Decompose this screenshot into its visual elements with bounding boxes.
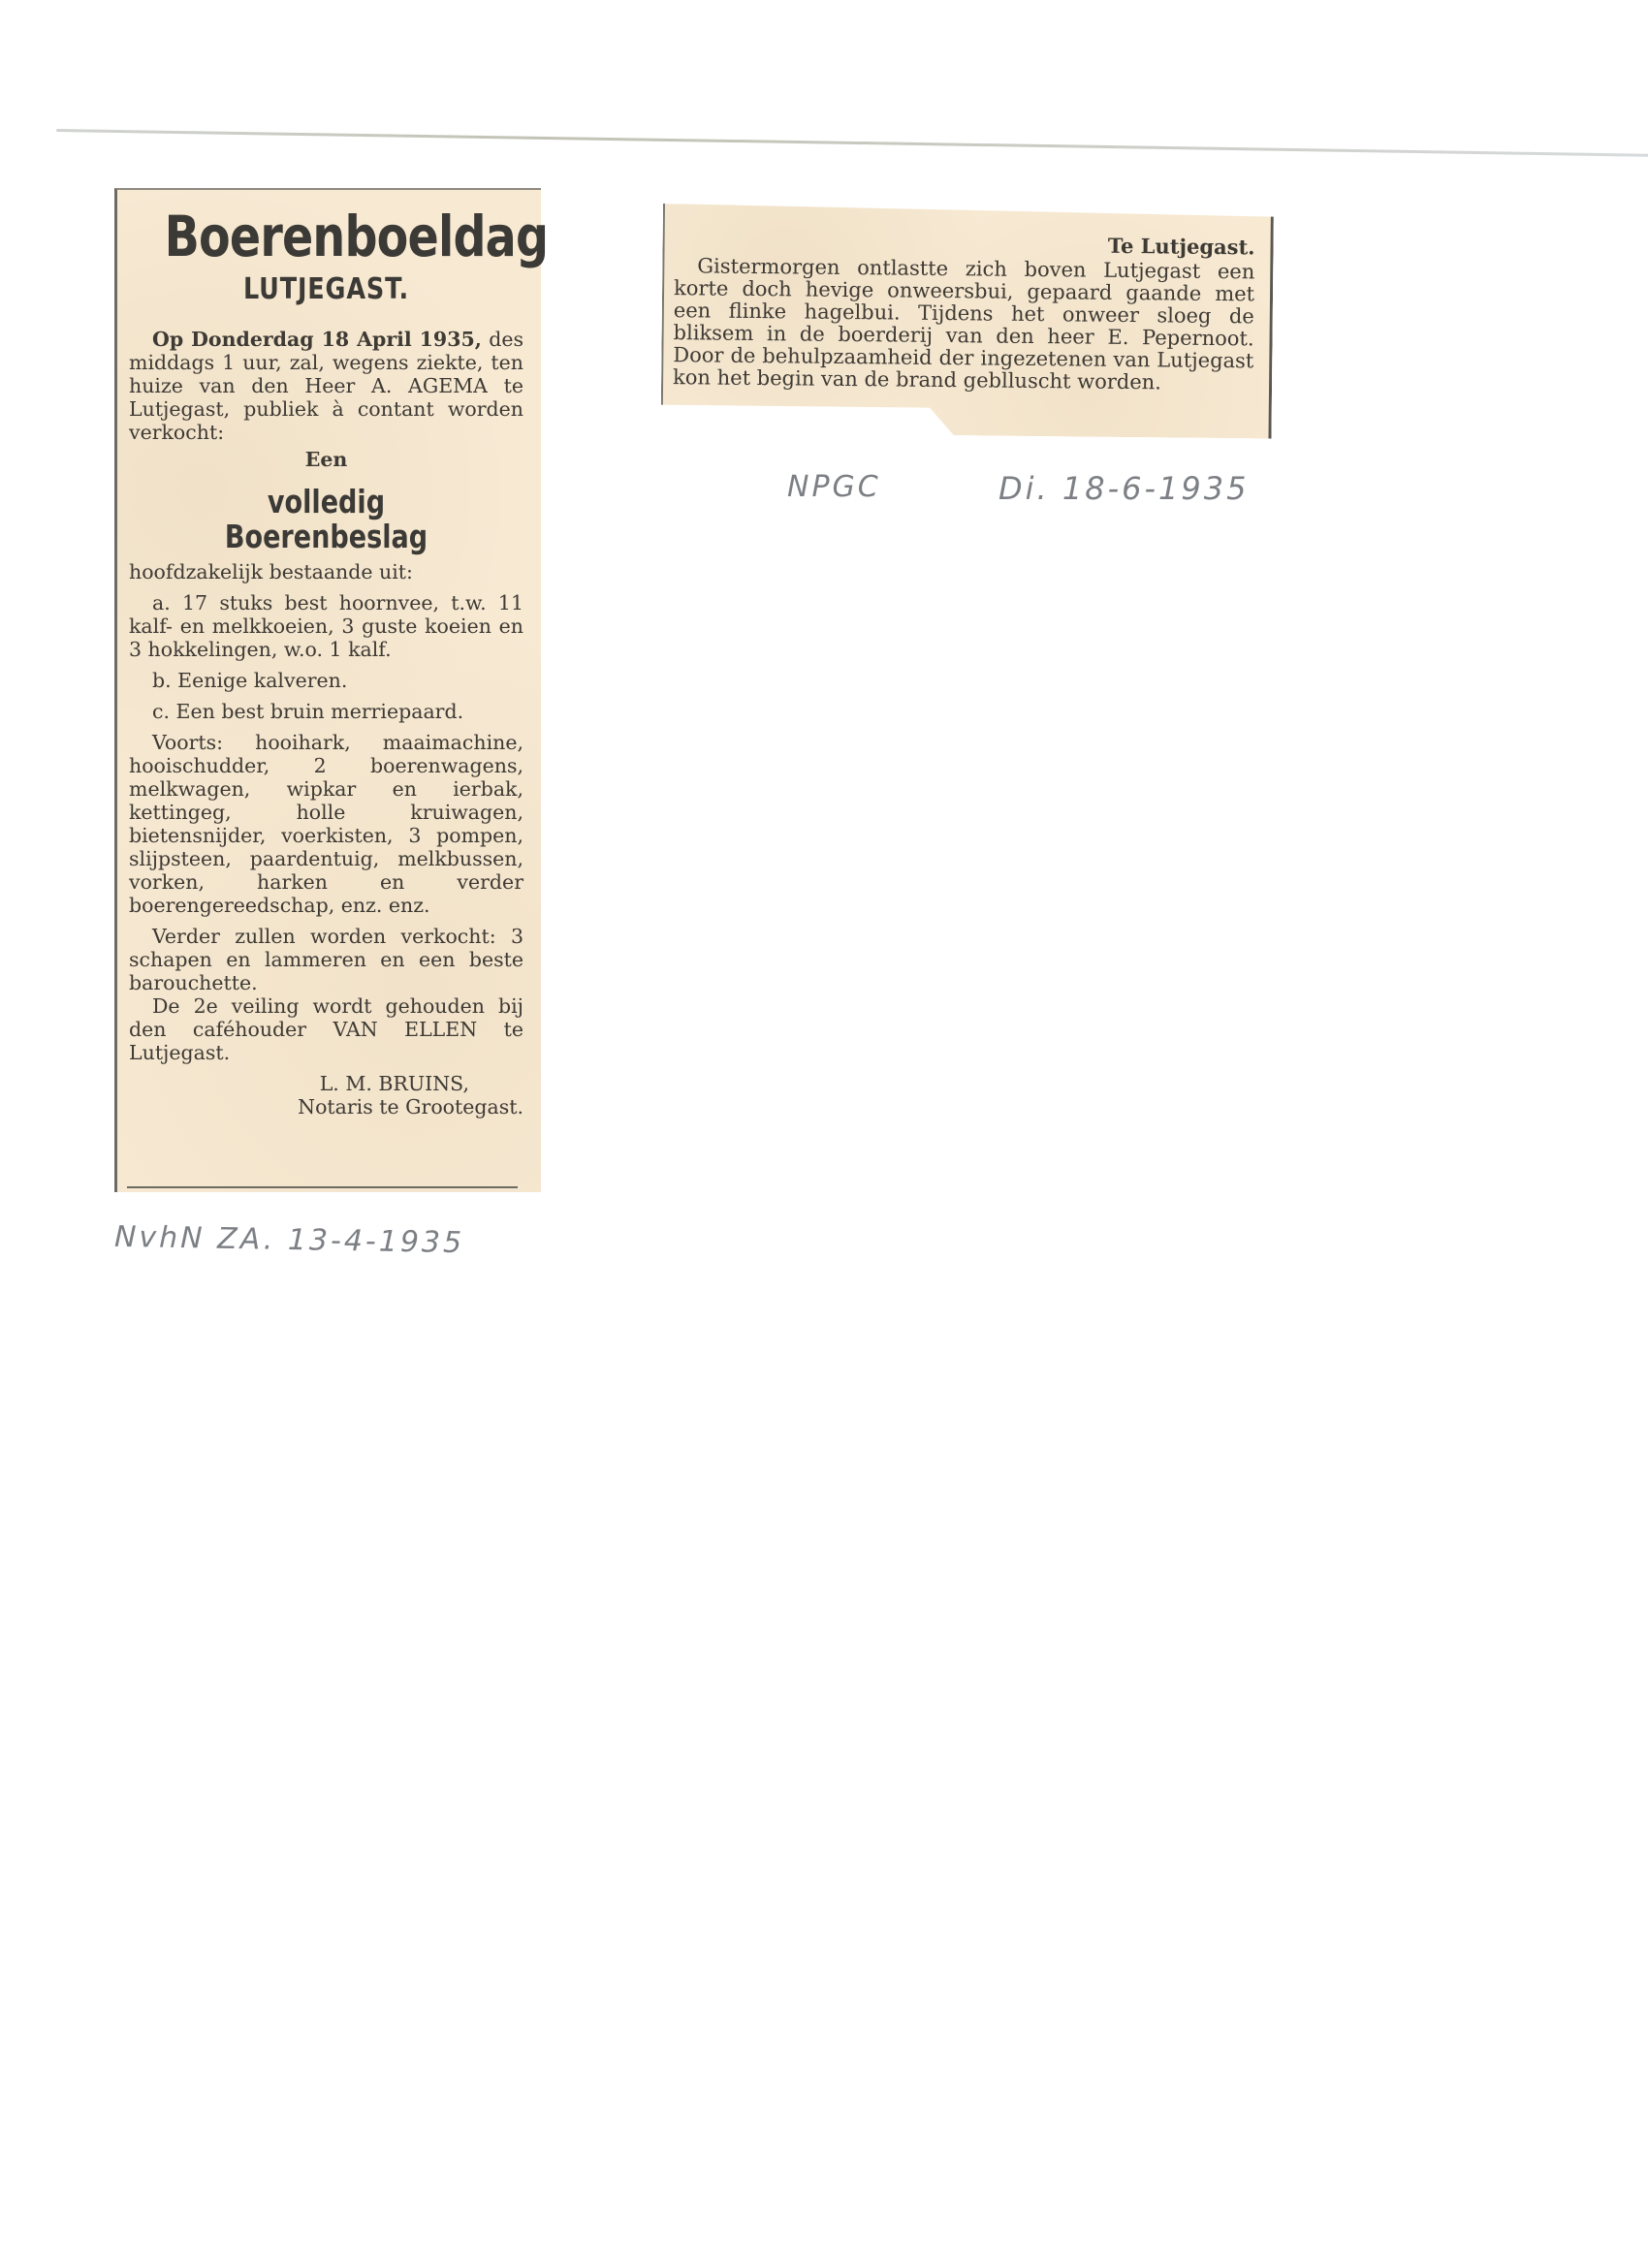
handwritten-news-date: Di. 18-6-1935 [998,470,1249,507]
auction-second-sale: De 2e veiling wordt gehouden bij den caf… [129,994,523,1064]
news-clipping: Te Lutjegast. Gistermorgen ontlastte zic… [661,204,1274,439]
auction-item-a: a. 17 stuks best hoornvee, t.w. 11 kalf-… [129,591,523,661]
handwritten-news-source: NPGC [787,470,881,504]
bottom-rule [127,1186,518,1188]
auction-subheadline-lead: hoofdzakelijk bestaande uit: [129,560,523,583]
auction-verder: Verder zullen worden verkocht: 3 schapen… [129,925,523,994]
auction-location: LUTJEGAST. [159,272,494,306]
notary-name: L. M. BRUINS, [129,1072,523,1095]
handwritten-auction-source: NvhN ZA. 13-4-1935 [114,1220,465,1260]
auction-voorts: Voorts: hooihark, maaimachine, hooischud… [129,731,523,917]
auction-notice-clipping: Boerenboeldag LUTJEGAST. Op Donderdag 18… [114,188,541,1192]
auction-date: Op Donderdag 18 April 1935, [152,328,482,351]
notary-title: Notaris te Grootegast. [129,1095,523,1118]
auction-een: Een [129,448,523,471]
scanner-edge-line [56,129,1648,157]
auction-item-b: b. Eenige kalveren. [129,669,523,692]
auction-intro: Op Donderdag 18 April 1935, des middags … [129,328,523,444]
news-body: Gistermorgen ontlastte zich boven Lutjeg… [673,255,1254,394]
auction-headline: Boerenboeldag [165,207,489,267]
auction-item-c: c. Een best bruin merriepaard. [129,700,523,723]
auction-subheadline: volledig Boerenbeslag [165,485,489,555]
